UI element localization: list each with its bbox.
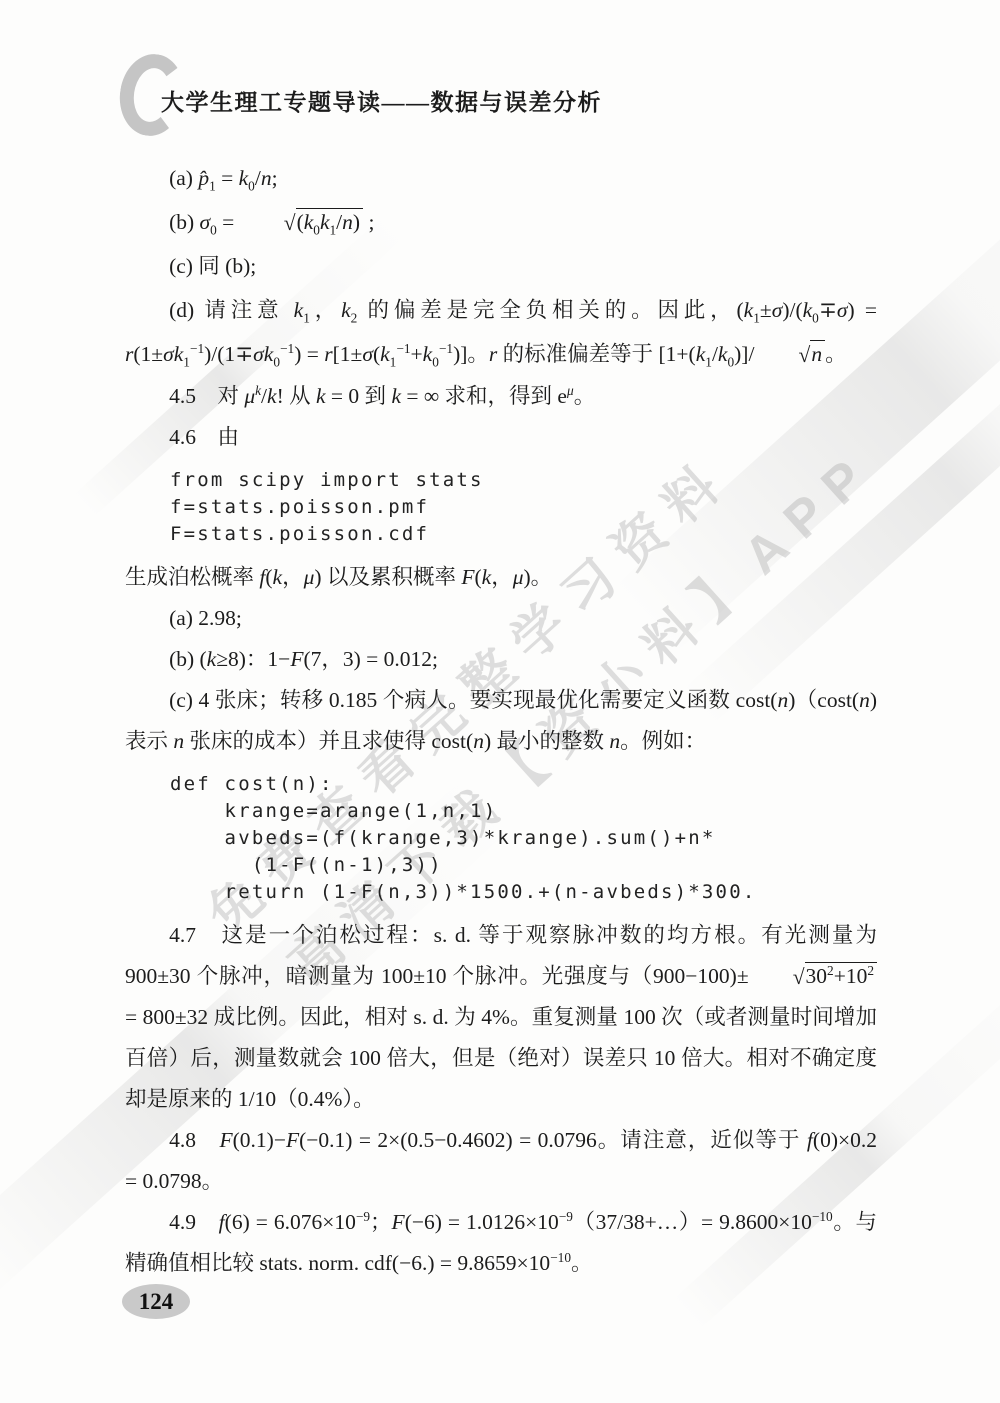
answer-item-b: (b) σ0 = √(k0k1/n) ; — [125, 200, 877, 244]
answer-item-a: (a) p̂1 = k0/n; — [125, 156, 877, 200]
page-number: 124 — [139, 1289, 174, 1315]
page-number-badge: 124 — [122, 1284, 190, 1319]
book-page: 免费查看完整学习资料 高清下载【资小料】APP 大学生理工专题导读——数据与误差… — [0, 0, 1000, 1403]
code-block-scipy-import: from scipy import stats f=stats.poisson.… — [170, 467, 877, 548]
answer-item-c2: (c) 4 张床；转移 0.185 个病人。要实现最优化需要定义函数 cost(… — [125, 680, 877, 762]
answer-item-d: (d) 请注意 k1，k2 的偏差是完全负相关的。因此，(k1±σ)/(k0∓σ… — [125, 288, 877, 376]
book-header-title: 大学生理工专题导读——数据与误差分析 — [161, 84, 602, 117]
section-4-9: 4.9 f(6) = 6.076×10−9；F(−6) = 1.0126×10−… — [125, 1202, 877, 1284]
answer-item-a2: (a) 2.98; — [125, 598, 877, 639]
answer-item-b2: (b) (k≥8)：1−F(7，3) = 0.012; — [125, 639, 877, 680]
section-4-6: 4.6 由 — [125, 417, 877, 458]
section-4-5: 4.5 对 μk/k! 从 k = 0 到 k = ∞ 求和，得到 eμ。 — [125, 376, 877, 417]
code-block-cost-function: def cost(n): krange=arange(1,n,1) avbeds… — [170, 771, 877, 906]
section-4-7: 4.7 这是一个泊松过程：s. d. 等于观察脉冲数的均方根。有光测量为 900… — [125, 915, 877, 1120]
answer-item-c: (c) 同 (b); — [125, 244, 877, 288]
page-body: (a) p̂1 = k0/n; (b) σ0 = √(k0k1/n) ; (c)… — [125, 156, 877, 1284]
paragraph-poisson-generate: 生成泊松概率 f(k，μ) 以及累积概率 F(k，μ)。 — [125, 557, 877, 598]
section-4-8: 4.8 F(0.1)−F(−0.1) = 2×(0.5−0.4602) = 0.… — [125, 1120, 877, 1202]
